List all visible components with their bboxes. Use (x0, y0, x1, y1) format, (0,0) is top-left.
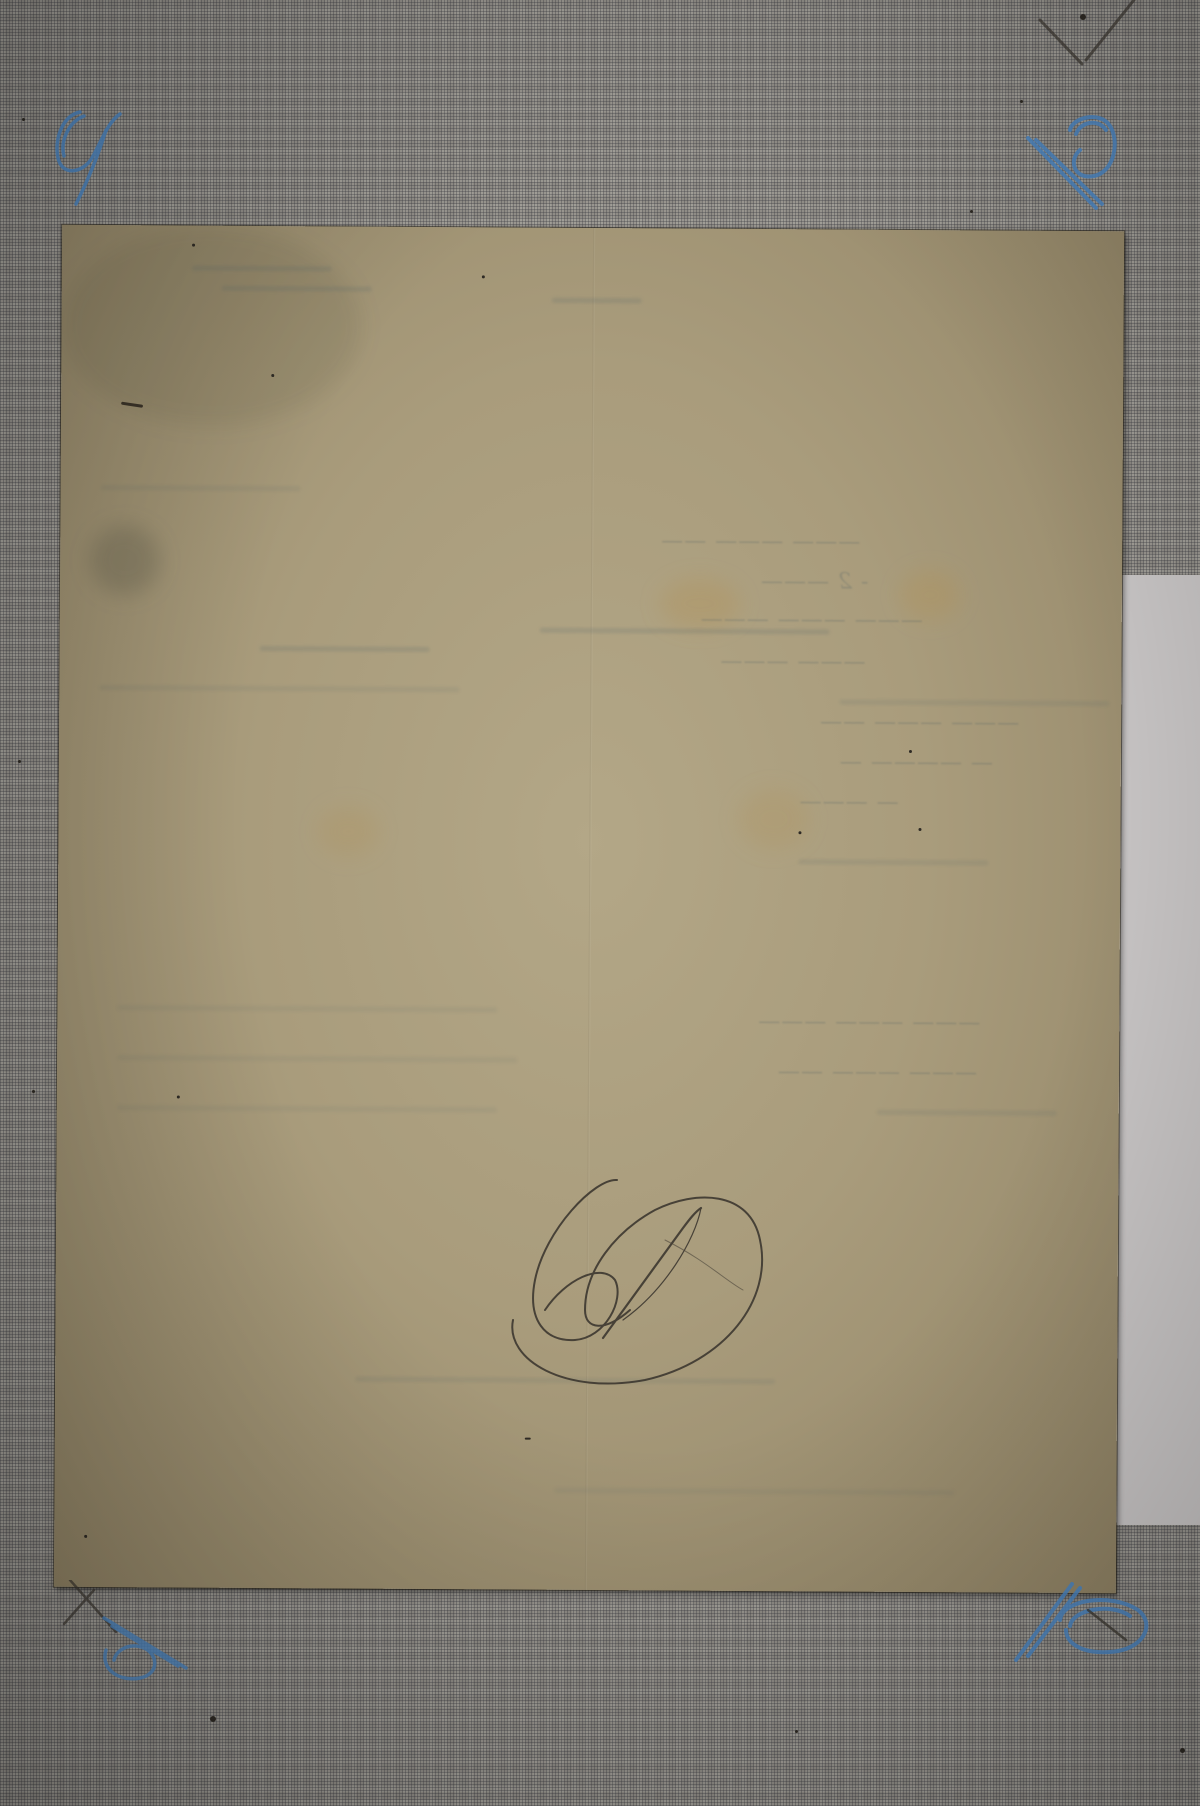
bleed-through-text: - 2 ——— (760, 569, 869, 595)
stain (318, 806, 378, 856)
speck (482, 275, 485, 278)
corner-mark-top-left: 9 (40, 100, 130, 220)
bleed-through-text: ——— ——— (719, 649, 865, 675)
bleed-through-text: ——— ——— ——— (757, 1009, 980, 1035)
speck (22, 118, 25, 121)
bleed-through-line (552, 298, 642, 304)
bleed-through-line (222, 286, 372, 292)
bleed-through-line (99, 685, 459, 692)
bleed-through-line (798, 859, 988, 865)
speck (1180, 1748, 1185, 1753)
backing-card (1112, 575, 1200, 1525)
corner-mark-bottom-left: B (60, 1580, 200, 1700)
speck (970, 210, 973, 213)
stain (61, 225, 362, 427)
speck (909, 750, 912, 753)
speck (798, 831, 801, 834)
corner-mark-top-right: P (1010, 0, 1160, 220)
corner-mark-glyph: P (1010, 0, 1011, 1)
corner-mark-bottom-right: D (1000, 1580, 1160, 1690)
bleed-through-text: ——— ——— ——— (700, 607, 923, 633)
speck (525, 1438, 531, 1440)
speck (192, 244, 195, 247)
bleed-through-line (554, 1488, 954, 1495)
bleed-through-line (260, 646, 430, 652)
monogram-flourish: A (505, 1170, 775, 1390)
bleed-through-line (192, 266, 332, 272)
stain (90, 525, 160, 595)
bleed-through-text: ——— ——— —— (777, 1059, 977, 1085)
corner-mark-glyph: B (60, 1580, 61, 1581)
bleed-through-line (839, 700, 1109, 707)
speck (271, 374, 274, 377)
speck (32, 1090, 35, 1093)
bleed-through-line (101, 485, 301, 491)
bleed-through-line (877, 1110, 1057, 1116)
bleed-through-text: — ——— (799, 789, 899, 815)
monogram-glyph: A (505, 1170, 506, 1171)
speck (210, 1716, 216, 1722)
bleed-through-text: ——— ——— —— (819, 709, 1019, 735)
corner-mark-glyph: D (1000, 1580, 1001, 1581)
bleed-through-line (117, 1105, 497, 1112)
speck (918, 828, 921, 831)
speck (18, 760, 21, 763)
bleed-through-text: — ———— — (839, 750, 993, 776)
bleed-through-text: ——— ——— —— (660, 528, 860, 554)
bleed-through-line (117, 1005, 497, 1012)
corner-mark-glyph: 9 (40, 100, 41, 101)
speck (177, 1095, 180, 1098)
bleed-through-line (117, 1055, 517, 1062)
speck (84, 1535, 87, 1538)
speck (795, 1730, 798, 1733)
